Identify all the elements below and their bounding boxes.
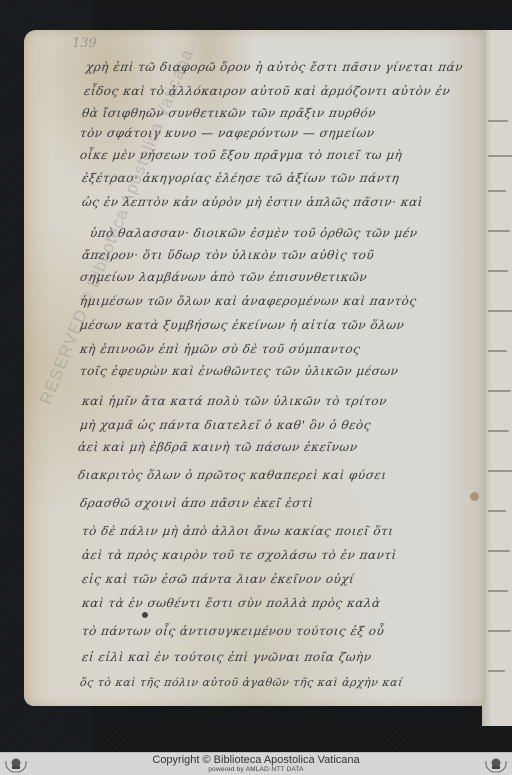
facing-page-edge: [482, 30, 512, 726]
manuscript-line: καὶ ἡμῖν ἄτα κατά πολὺ τῶν ὑλικῶν τὸ τρί…: [82, 394, 387, 420]
manuscript-line: τοῖς ἐφευρὼν καὶ ἐνωθῶντες τῶν ὑλικῶν μέ…: [80, 364, 398, 390]
copyright-footer: Copyright © Biblioteca Apostolica Vatica…: [0, 752, 512, 775]
manuscript-line: ὅς τὸ καὶ τῆς πόλιν αὐτοῦ ἀγαθῶν τῆς καὶ…: [80, 676, 403, 702]
manuscript-line: ἡμιμέσων τῶν ὅλων καὶ ἀναφερομένων καὶ π…: [80, 294, 417, 320]
facing-text-line: [488, 310, 512, 312]
facing-text-line: [488, 120, 508, 122]
folio-number: 139: [72, 36, 97, 51]
manuscript-line: μέσων κατὰ ξυμβήσως ἐκείνων ἡ αἰτία τῶν …: [80, 318, 404, 344]
facing-text-line: [488, 430, 509, 432]
facing-text-line: [488, 470, 512, 472]
manuscript-line: καὶ τὰ ἐν σωθέντι ἔστι σὺν πολλὰ πρὸς κα…: [82, 596, 381, 622]
manuscript-line: τὸ πάντων οἷς ἀντισυγκειμένου τούτοις ἐξ…: [82, 624, 384, 650]
manuscript-line: ὡς ἐν λεπτὸν κἀν αὐρὸν μὴ ἐστιν ἁπλῶς πᾶ…: [82, 195, 423, 221]
facing-text-line: [488, 630, 511, 632]
facing-text-line: [488, 230, 510, 232]
facing-text-line: [488, 155, 512, 157]
facing-text-line: [488, 550, 510, 552]
ink-stain: [470, 492, 479, 501]
manuscript-line: ἐξέτραο· ἀκηγορίας ἐλέησε τῶ ἀξίων τῶν π…: [82, 171, 399, 197]
manuscript-line: χρὴ ἐπὶ τῶ διαφορῶ ὅρον ἡ αὐτὸς ἔστι πᾶσ…: [86, 60, 463, 86]
facing-text-line: [488, 270, 508, 272]
facing-text-line: [488, 510, 506, 512]
manuscript-line: εἰς καὶ τῶν ἐσῶ πάντα λιαν ἐκεῖνον οὐχί: [82, 572, 354, 598]
manuscript-line: τὸ δὲ πάλιν μὴ ἀπὸ ἀλλοι ἄνω κακίας ποιε…: [82, 524, 393, 550]
facing-text-line: [488, 190, 506, 192]
manuscript-folio: 139 RESERVED © Biblioteca Apostolica Vat…: [24, 30, 486, 706]
vatican-emblem-icon: [483, 755, 509, 774]
manuscript-line: δρασθῶ σχοινὶ ἀπο πᾶσιν ἐκεῖ ἐστὶ: [80, 496, 313, 522]
image-viewer[interactable]: 139 RESERVED © Biblioteca Apostolica Vat…: [0, 0, 512, 752]
manuscript-line: σημείων λαμβάνων ἀπὸ τῶν ἐπισυνθετικῶν: [80, 270, 367, 296]
facing-text-line: [488, 670, 505, 672]
facing-text-line: [488, 590, 508, 592]
manuscript-line: διακριτὸς ὅλων ὁ πρῶτος καθαπερεὶ καὶ φύ…: [78, 468, 387, 494]
facing-text-line: [488, 390, 511, 392]
manuscript-line: ἀεὶ καὶ μὴ ἐβδρᾶ καινὴ τῶ πάσων ἐκεῖνων: [78, 440, 358, 466]
manuscript-line: ἀεὶ τὰ πρὸς καιρὸν τοῦ τε σχολάσω τὸ ἐν …: [82, 548, 397, 574]
powered-by-text: powered by AMLAD·NTT DATA: [0, 766, 512, 774]
manuscript-line: εἰ εἰλὶ καὶ ἐν τούτοις ἐπὶ γνῶναι ποῖα ζ…: [82, 650, 372, 676]
facing-text-line: [488, 350, 507, 352]
